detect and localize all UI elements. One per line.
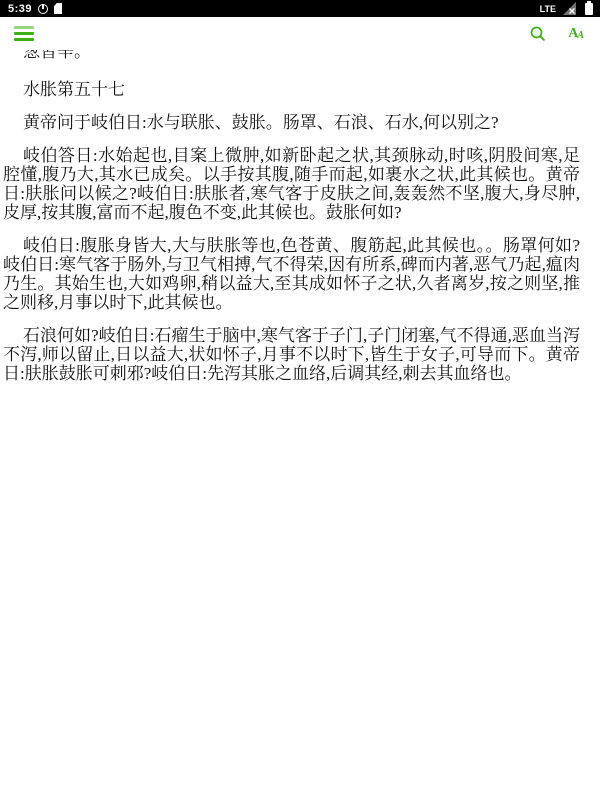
chapter-title: 水胀第五十七 (3, 80, 580, 99)
reader-content[interactable]: 葱皆辛。 水胀第五十七 黄帝问于岐伯日:水与联胀、鼓胀。肠罩、石浪、石水,何以别… (0, 50, 600, 800)
status-time: 5:39 (8, 3, 32, 15)
battery-full-icon (585, 3, 593, 15)
font-size-icon[interactable]: A A (568, 27, 584, 41)
toolbar-actions: A A (528, 24, 584, 44)
network-type-label: LTE (540, 4, 556, 14)
menu-icon[interactable] (14, 26, 34, 41)
clipped-previous-chapter-line: 葱皆辛。 (3, 50, 580, 62)
paragraph: 石浪何如?岐伯日:石瘤生于脑中,寒气客于子门,子门闭塞,气不得通,恶血当泻不泻,… (3, 326, 580, 383)
status-bar: 5:39 LTE (0, 0, 600, 17)
font-size-icon-small-letter: A (577, 31, 584, 41)
sdcard-icon (54, 3, 62, 14)
signal-no-internet-icon (563, 2, 576, 15)
toolbar: A A (0, 17, 600, 50)
status-bar-left: 5:39 (8, 3, 62, 15)
search-icon[interactable] (528, 24, 548, 44)
paragraph: 岐伯答日:水始起也,目案上微肿,如新卧起之状,其颈脉动,时咳,阴股间寒,足腔懂,… (3, 146, 580, 222)
status-bar-right: LTE (540, 2, 593, 15)
app-screen: 5:39 LTE (0, 0, 600, 800)
paragraph: 岐伯日:腹胀身皆大,大与肤胀等也,色苍黄、腹筋起,此其候也。。肠罩何如?岐伯日:… (3, 236, 580, 312)
clock-icon (38, 4, 48, 14)
paragraph: 黄帝问于岐伯日:水与联胀、鼓胀。肠罩、石浪、石水,何以别之? (3, 113, 580, 132)
